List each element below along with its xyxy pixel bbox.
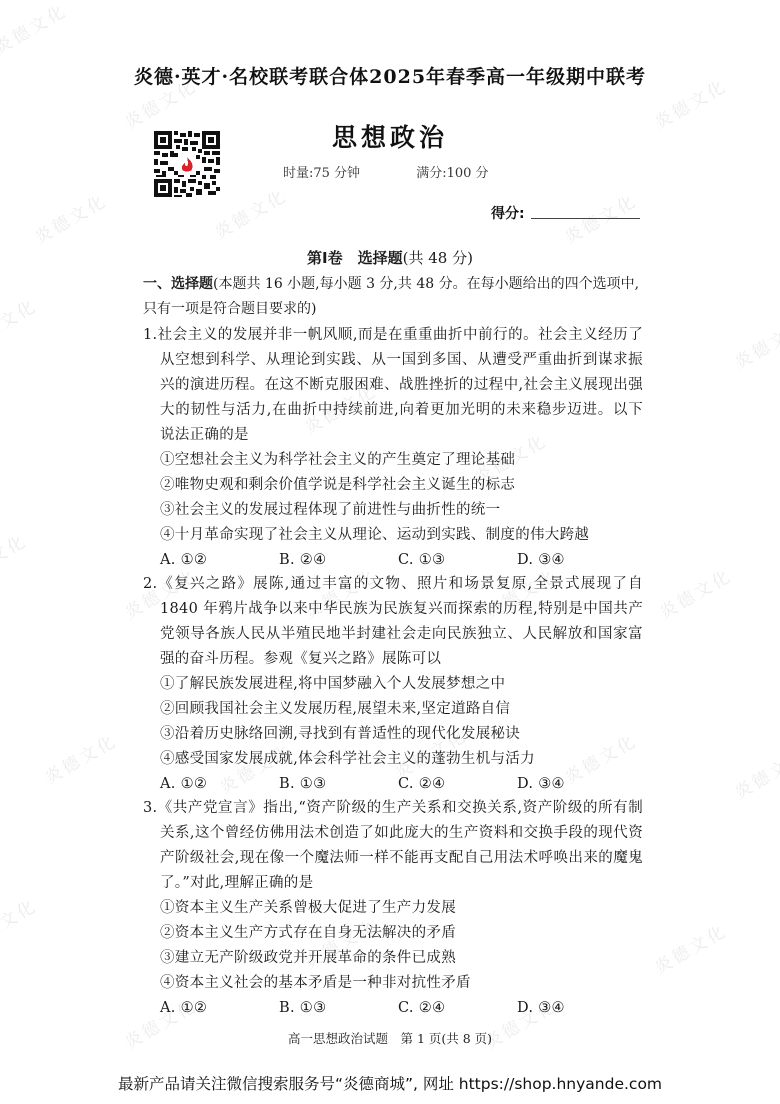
exam-title: 炎德·英才·名校联考联合体2025年春季高一年级期中联考 (0, 62, 780, 89)
full-score: 满分:100 分 (416, 162, 488, 181)
section-title: 一、选择题 (143, 276, 213, 292)
choice-b[interactable]: B. ①③ (279, 772, 398, 797)
question-2: 2.《复兴之路》展陈,通过丰富的文物、照片和场景复原,全景式展现了自1840 年… (143, 572, 643, 797)
answer-choices: A. ①② B. ②④ C. ①③ D. ③④ (143, 548, 643, 573)
statement: ①空想社会主义为科学社会主义的产生奠定了理论基础 (143, 448, 643, 473)
exam-meta: 时量:75 分钟 满分:100 分 (283, 162, 489, 181)
part-title-points: (共 48 分) (403, 249, 473, 267)
choice-c[interactable]: C. ②④ (398, 772, 517, 797)
question-text: 《共产党宣言》指出,“资产阶级的生产关系和交换关系,资产阶级的所有制关系,这个曾… (157, 800, 643, 891)
statement: ②唯物史观和剩余价值学说是科学社会主义诞生的标志 (143, 473, 643, 498)
score-field[interactable] (531, 218, 640, 219)
question-1: 1.社会主义的发展并非一帆风顺,而是在重重曲折中前行的。社会主义经历了从空想到科… (143, 323, 643, 573)
section-instructions-text: (本题共 16 小题,每小题 3 分,共 48 分。在每小题给出的四个选项中,只… (143, 276, 639, 317)
section-instructions: 一、选择题(本题共 16 小题,每小题 3 分,共 48 分。在每小题给出的四个… (143, 272, 643, 322)
statement: ③社会主义的发展过程体现了前进性与曲折性的统一 (143, 498, 643, 523)
question-stem: 3.《共产党宣言》指出,“资产阶级的生产关系和交换关系,资产阶级的所有制关系,这… (143, 796, 643, 896)
promo-banner[interactable]: 最新产品请关注微信搜索服务号“炎德商城”, 网址 https://shop.hn… (0, 1072, 780, 1094)
score-label: 得分: (491, 203, 525, 223)
choice-b[interactable]: B. ②④ (279, 548, 398, 573)
question-stem: 1.社会主义的发展并非一帆风顺,而是在重重曲折中前行的。社会主义经历了从空想到科… (143, 323, 643, 448)
time-limit: 时量:75 分钟 (283, 162, 360, 181)
statement: ①资本主义生产关系曾极大促进了生产力发展 (143, 896, 643, 921)
question-3: 3.《共产党宣言》指出,“资产阶级的生产关系和交换关系,资产阶级的所有制关系,这… (143, 796, 643, 1021)
answer-choices: A. ①② B. ①③ C. ②④ D. ③④ (143, 772, 643, 797)
choice-d[interactable]: D. ③④ (517, 996, 636, 1021)
statement: ③建立无产阶级政党并开展革命的条件已成熟 (143, 946, 643, 971)
exam-page: 炎德·英才·名校联考联合体2025年春季高一年级期中联考 思想政治 时量:75 … (0, 0, 780, 1104)
subject-title: 思想政治 (0, 118, 780, 154)
question-number: 3. (143, 800, 157, 816)
statement: ①了解民族发展进程,将中国梦融入个人发展梦想之中 (143, 672, 643, 697)
question-text: 《复兴之路》展陈,通过丰富的文物、照片和场景复原,全景式展现了自1840 年鸦片… (157, 576, 643, 667)
answer-choices: A. ①② B. ①③ C. ②④ D. ③④ (143, 996, 643, 1021)
choice-a[interactable]: A. ①② (160, 772, 279, 797)
statement: ③沿着历史脉络回溯,寻找到有普适性的现代化发展秘诀 (143, 722, 643, 747)
part-title-main: 第Ⅰ卷 选择题 (307, 249, 403, 267)
question-stem: 2.《复兴之路》展陈,通过丰富的文物、照片和场景复原,全景式展现了自1840 年… (143, 572, 643, 672)
statement: ②回顾我国社会主义发展历程,展望未来,坚定道路自信 (143, 697, 643, 722)
statement: ④资本主义社会的基本矛盾是一种非对抗性矛盾 (143, 971, 643, 996)
statement: ④感受国家发展成就,体会科学社会主义的蓬勃生机与活力 (143, 747, 643, 772)
choice-d[interactable]: D. ③④ (517, 772, 636, 797)
choice-d[interactable]: D. ③④ (517, 548, 636, 573)
question-text: 社会主义的发展并非一帆风顺,而是在重重曲折中前行的。社会主义经历了从空想到科学、… (157, 327, 643, 443)
question-number: 1. (143, 327, 157, 343)
choice-a[interactable]: A. ①② (160, 548, 279, 573)
choice-a[interactable]: A. ①② (160, 996, 279, 1021)
choice-c[interactable]: C. ①③ (398, 548, 517, 573)
part-title: 第Ⅰ卷 选择题(共 48 分) (0, 247, 780, 268)
choice-b[interactable]: B. ①③ (279, 996, 398, 1021)
statement: ④十月革命实现了社会主义从理论、运动到实践、制度的伟大跨越 (143, 523, 643, 548)
choice-c[interactable]: C. ②④ (398, 996, 517, 1021)
question-number: 2. (143, 576, 157, 592)
page-number: 高一思想政治试题 第 1 页(共 8 页) (0, 1029, 780, 1047)
statement: ②资本主义生产方式存在自身无法解决的矛盾 (143, 921, 643, 946)
